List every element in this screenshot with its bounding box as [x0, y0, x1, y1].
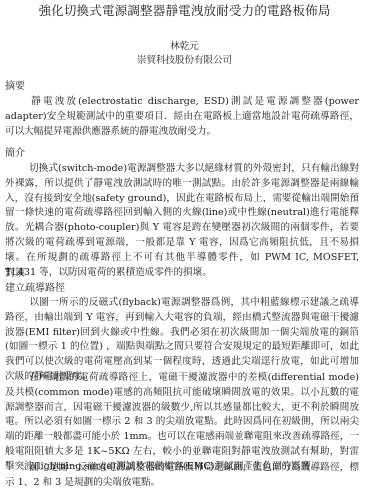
countermeasures-heading: 對策 [5, 267, 25, 280]
abstract-paragraph: 靜電洩放(electrostatic discharge, ESD)測試是電源調… [5, 95, 359, 139]
countermeasures-text-1: 以圖一所示的反磁式(flyback)電源調整器爲例，其中粗藍線標示建議之疏導路徑… [5, 297, 359, 382]
intro-paragraph: 切換式(switch-mode)電源調整器大多以絕緣材質的外殼密封，只有輸出線對… [5, 162, 359, 280]
document-title: 強化切換式電源調整器靜電洩放耐受力的電路板佈局 [0, 3, 369, 19]
countermeasures-text-2: 在所規劃的電荷疏導路徑上，電磁干擾濾波器中的差模(differential mo… [5, 372, 359, 472]
intro-text: 切換式(switch-mode)電源調整器大多以絕緣材質的外殼密封，只有輸出線對… [5, 163, 359, 278]
author-affiliation: 崇貿科技股份有限公司 [0, 55, 369, 67]
author-name: 林乾元 [0, 41, 369, 53]
document-page: 強化切換式電源調整器靜電洩放耐受力的電路板佈局 林乾元 崇貿科技股份有限公司 摘… [0, 0, 369, 500]
abstract-text: 靜電洩放(electrostatic discharge, ESD)測試是電源調… [5, 96, 359, 137]
countermeasures-text-3: 圖二是圖一反磁式電源調整器的電路板佈局走線面，藍色部分爲疏導路徑，標示 1、2 … [5, 462, 359, 488]
abstract-heading: 摘要 [5, 80, 25, 93]
countermeasures-paragraph-3: 圖二是圖一反磁式電源調整器的電路板佈局走線面，藍色部分爲疏導路徑，標示 1、2 … [5, 461, 359, 491]
countermeasures-subheading: 建立疏導路徑 [5, 282, 65, 295]
intro-heading: 簡介 [5, 147, 25, 160]
countermeasures-paragraph-2: 在所規劃的電荷疏導路徑上，電磁干擾濾波器中的差模(differential mo… [5, 371, 359, 475]
